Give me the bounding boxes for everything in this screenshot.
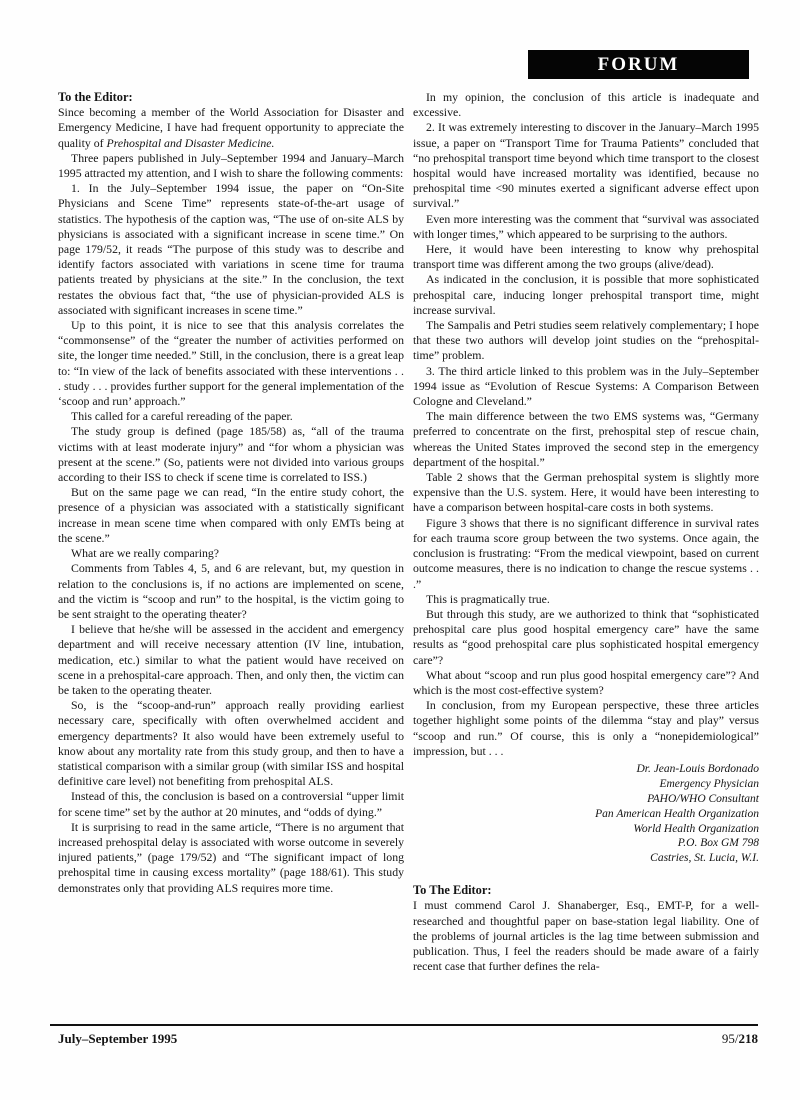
paragraph: Figure 3 shows that there is no signific…: [413, 516, 759, 592]
footer-divider: [50, 1024, 758, 1026]
paragraph: But on the same page we can read, “In th…: [58, 485, 404, 546]
signature-line: World Health Organization: [413, 822, 759, 837]
footer-issue-date: July–September 1995: [58, 1031, 177, 1047]
signature-block: Dr. Jean-Louis BordonadoEmergency Physic…: [413, 762, 759, 866]
signature-line: Emergency Physician: [413, 777, 759, 792]
paragraph: Even more interesting was the comment th…: [413, 212, 759, 242]
forum-section-title: FORUM: [598, 54, 680, 76]
letter1-left-paragraphs: Since becoming a member of the World Ass…: [58, 105, 404, 896]
paragraph: The study group is defined (page 185/58)…: [58, 424, 404, 485]
letter1-salutation: To the Editor:: [58, 90, 404, 105]
paragraph: The main difference between the two EMS …: [413, 409, 759, 470]
forum-section-banner: FORUM: [528, 50, 749, 79]
paragraph: I must commend Carol J. Shanaberger, Esq…: [413, 898, 759, 974]
signature-line: PAHO/WHO Consultant: [413, 792, 759, 807]
paragraph: I believe that he/she will be assessed i…: [58, 622, 404, 698]
paragraph: 1. In the July–September 1994 issue, the…: [58, 181, 404, 318]
paragraph: In conclusion, from my European perspect…: [413, 698, 759, 759]
paragraph: So, is the “scoop-and-run” approach real…: [58, 698, 404, 789]
signature-line: Pan American Health Organization: [413, 807, 759, 822]
paragraph: This called for a careful rereading of t…: [58, 409, 404, 424]
paragraph: Since becoming a member of the World Ass…: [58, 105, 404, 151]
journal-title-italic: Prehospital and Disaster Medicine.: [107, 136, 275, 150]
letter1-right-paragraphs: In my opinion, the conclusion of this ar…: [413, 90, 759, 759]
paragraph: What about “scoop and run plus good hosp…: [413, 668, 759, 698]
paragraph: What are we really comparing?: [58, 546, 404, 561]
paragraph: Three papers published in July–September…: [58, 151, 404, 181]
signature-line: P.O. Box GM 798: [413, 836, 759, 851]
right-column: In my opinion, the conclusion of this ar…: [413, 90, 759, 975]
paragraph: But through this study, are we authorize…: [413, 607, 759, 668]
paragraph: It is surprising to read in the same art…: [58, 820, 404, 896]
letter2-paragraphs: I must commend Carol J. Shanaberger, Esq…: [413, 898, 759, 974]
footer-page-number: 95/218: [722, 1031, 758, 1047]
two-column-text-layout: To the Editor: Since becoming a member o…: [58, 90, 759, 975]
paragraph: The Sampalis and Petri studies seem rela…: [413, 318, 759, 364]
paragraph: Comments from Tables 4, 5, and 6 are rel…: [58, 561, 404, 622]
paragraph: 2. It was extremely interesting to disco…: [413, 120, 759, 211]
page-footer: July–September 1995 95/218: [58, 1031, 758, 1047]
paragraph: This is pragmatically true.: [413, 592, 759, 607]
paragraph: 3. The third article linked to this prob…: [413, 364, 759, 410]
paragraph: Table 2 shows that the German prehospita…: [413, 470, 759, 516]
paragraph: Instead of this, the conclusion is based…: [58, 789, 404, 819]
paragraph: In my opinion, the conclusion of this ar…: [413, 90, 759, 120]
footer-page-number-page: 218: [739, 1031, 759, 1046]
journal-page: FORUM To the Editor: Since becoming a me…: [0, 0, 800, 1100]
paragraph: Here, it would have been interesting to …: [413, 242, 759, 272]
footer-page-number-volume: 95/: [722, 1031, 739, 1046]
paragraph: Up to this point, it is nice to see that…: [58, 318, 404, 409]
left-column: To the Editor: Since becoming a member o…: [58, 90, 404, 975]
letter2-salutation: To The Editor:: [413, 883, 759, 898]
paragraph: As indicated in the conclusion, it is po…: [413, 272, 759, 318]
signature-line: Dr. Jean-Louis Bordonado: [413, 762, 759, 777]
signature-line: Castries, St. Lucia, W.I.: [413, 851, 759, 866]
